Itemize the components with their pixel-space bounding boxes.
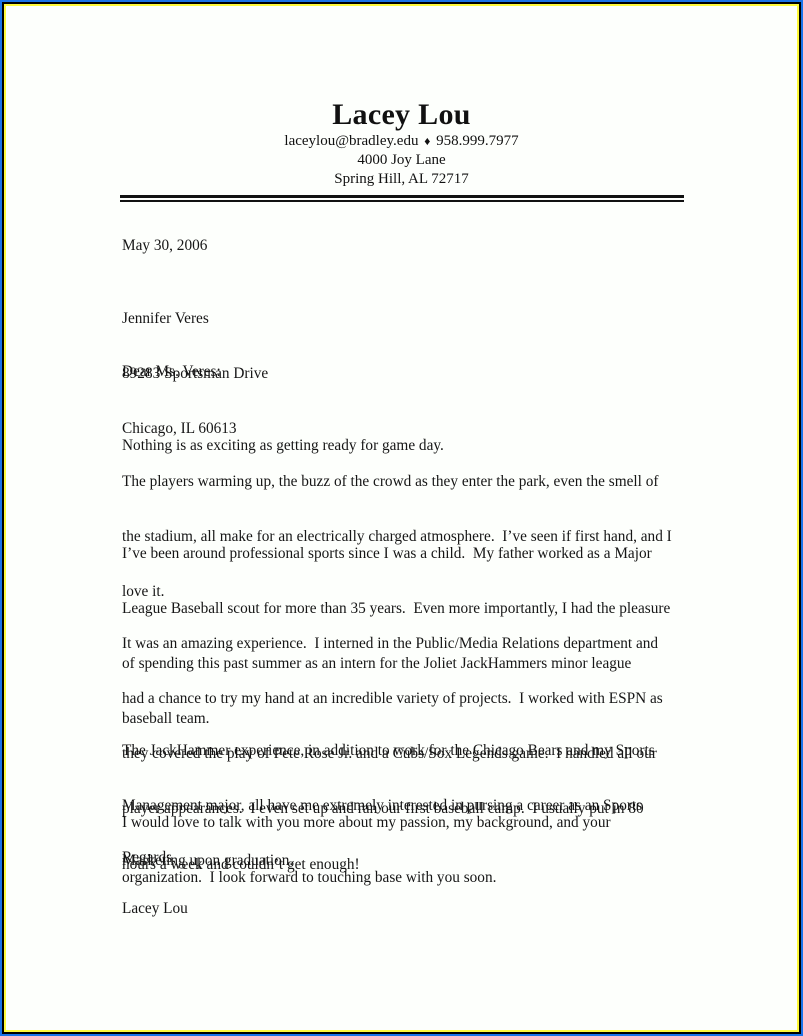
cover-letter-document: Lacey Lou laceylou@bradley.edu ♦ 958.999… [6,6,797,1030]
sender-email: laceylou@bradley.edu [284,133,418,149]
paragraph-line: I’ve been around professional sports sin… [122,545,702,563]
sender-city-state-zip: Spring Hill, AL 72717 [6,170,797,189]
header-rule-thin [120,200,684,202]
letter-page: Lacey Lou laceylou@bradley.edu ♦ 958.999… [6,6,797,1030]
paragraph-line: It was an amazing experience. I interned… [122,635,702,653]
sender-street: 4000 Joy Lane [6,151,797,170]
signature: Lacey Lou [122,900,702,918]
sender-name: Lacey Lou [6,98,797,132]
frame-yellow-border: Lacey Lou laceylou@bradley.edu ♦ 958.999… [4,4,799,1032]
paragraph-line: The JackHammer experience, in addition t… [122,742,702,760]
diamond-separator-icon: ♦ [424,132,430,151]
paragraph-line: I would love to talk with you more about… [122,814,702,832]
frame-black-border: Lacey Lou laceylou@bradley.edu ♦ 958.999… [2,2,801,1034]
contact-line: laceylou@bradley.edu ♦ 958.999.7977 [6,132,797,151]
sender-phone: 958.999.7977 [436,133,519,149]
header-rule-thick [120,195,684,198]
letterhead: Lacey Lou laceylou@bradley.edu ♦ 958.999… [6,98,797,189]
letter-date: May 30, 2006 [122,237,702,255]
recipient-name: Jennifer Veres [122,310,702,328]
salutation: Dear Ms. Veres: [122,363,702,381]
closing: Regards, [122,849,702,867]
paragraph-line: The players warming up, the buzz of the … [122,473,702,491]
paragraph-line: organization. I look forward to touching… [122,869,702,887]
